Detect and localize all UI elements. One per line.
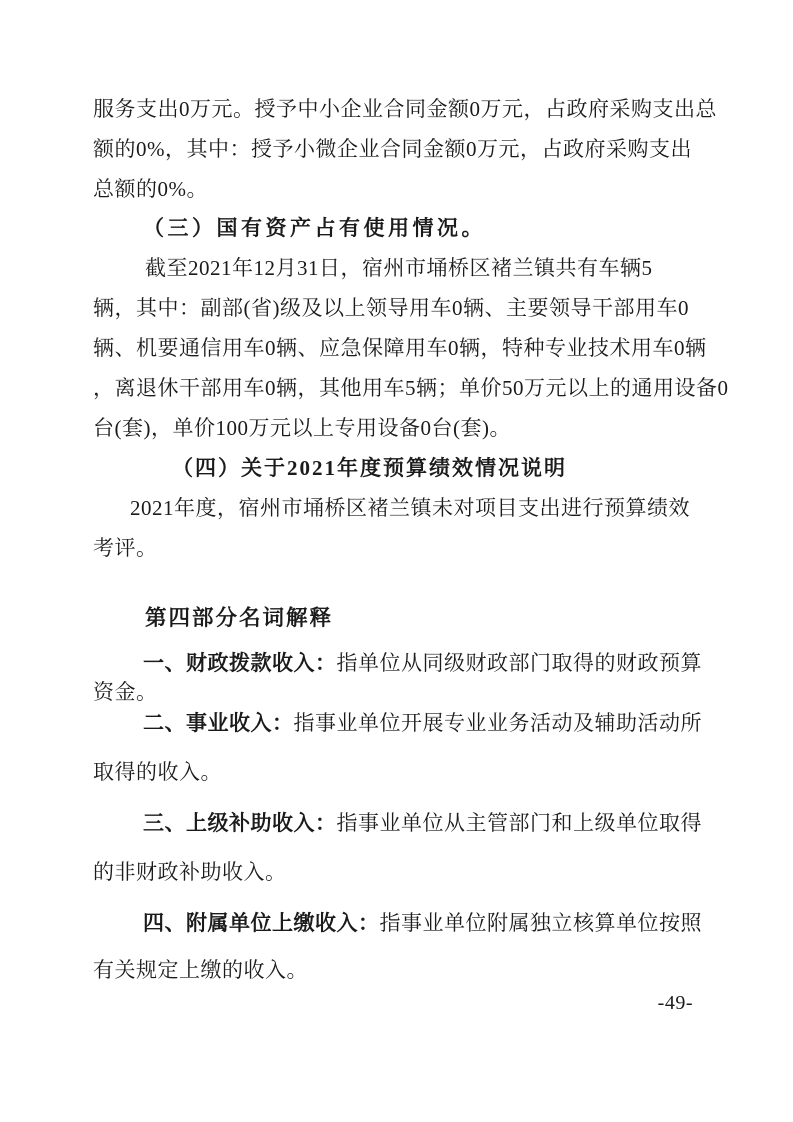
glossary-title: 第四部分名词解释 xyxy=(93,603,718,633)
text-line: 四、附属单位上缴收入：指事业单位附属独立核算单位按照 xyxy=(93,900,718,947)
section3-heading-block: （三）国有资产占有使用情况。 xyxy=(93,208,718,248)
text-line: 一、财政拨款收入：指单位从同级财政部门取得的财政预算 xyxy=(93,649,718,678)
glossary-term-2: 二、事业收入：指事业单位开展专业业务活动及辅助活动所 取得的收入。 xyxy=(93,699,718,796)
text-line: 台(套)，单价100万元以上专用设备0台(套)。 xyxy=(93,408,718,448)
text-line: 总额的0%。 xyxy=(93,169,718,209)
text-line: ，离退休干部用车0辆，其他用车5辆；单价50万元以上的通用设备0 xyxy=(93,368,718,408)
text-line: 额的0%，其中：授予小微企业合同金额0万元，占政府采购支出 xyxy=(93,129,718,169)
glossary-term-1: 一、财政拨款收入：指单位从同级财政部门取得的财政预算 资金。 xyxy=(93,649,718,706)
procurement-paragraph: 服务支出0万元。授予中小企业合同金额0万元，占政府采购支出总 额的0%，其中：授… xyxy=(93,89,718,209)
text-line: 截至2021年12月31日，宿州市埇桥区褚兰镇共有车辆5 xyxy=(93,248,718,288)
text-line: 取得的收入。 xyxy=(93,748,718,796)
text-line: 有关规定上缴的收入。 xyxy=(93,947,718,993)
term3-lead: 三、上级补助收入： xyxy=(143,812,337,835)
glossary-title-block: 第四部分名词解释 xyxy=(93,603,718,633)
state-assets-paragraph: 截至2021年12月31日，宿州市埇桥区褚兰镇共有车辆5 辆，其中：副部(省)级… xyxy=(93,248,718,448)
term4-definition: 指事业单位附属独立核算单位按照 xyxy=(380,911,703,935)
page-number: -49- xyxy=(658,990,693,1016)
performance-paragraph: 2021年度，宿州市埇桥区褚兰镇未对项目支出进行预算绩效 考评。 xyxy=(93,488,718,568)
text-line: 2021年度，宿州市埇桥区褚兰镇未对项目支出进行预算绩效 xyxy=(93,488,718,528)
term2-definition: 指事业单位开展专业业务活动及辅助活动所 xyxy=(294,711,703,735)
text-line: 服务支出0万元。授予中小企业合同金额0万元，占政府采购支出总 xyxy=(93,89,718,129)
glossary-term-4: 四、附属单位上缴收入：指事业单位附属独立核算单位按照 有关规定上缴的收入。 xyxy=(93,900,718,993)
document-page: 服务支出0万元。授予中小企业合同金额0万元，占政府采购支出总 额的0%，其中：授… xyxy=(0,0,793,1122)
section3-heading: （三）国有资产占有使用情况。 xyxy=(93,208,718,248)
term1-definition: 指单位从同级财政部门取得的财政预算 xyxy=(337,651,703,675)
text-line: 三、上级补助收入：指事业单位从主管部门和上级单位取得 xyxy=(93,799,718,848)
section4-heading: （四）关于2021年度预算绩效情况说明 xyxy=(93,448,718,488)
text-line: 的非财政补助收入。 xyxy=(93,848,718,896)
glossary-term-3: 三、上级补助收入：指事业单位从主管部门和上级单位取得 的非财政补助收入。 xyxy=(93,799,718,896)
term1-lead: 一、财政拨款收入： xyxy=(143,652,337,675)
term3-definition: 指事业单位从主管部门和上级单位取得 xyxy=(337,811,703,835)
text-line: 辆、机要通信用车0辆、应急保障用车0辆，特种专业技术用车0辆 xyxy=(93,328,718,368)
text-line: 考评。 xyxy=(93,528,718,568)
text-line: 辆，其中：副部(省)级及以上领导用车0辆、主要领导干部用车0 xyxy=(93,288,718,328)
term4-lead: 四、附属单位上缴收入： xyxy=(143,912,380,935)
term2-lead: 二、事业收入： xyxy=(143,712,294,735)
text-line: 二、事业收入：指事业单位开展专业业务活动及辅助活动所 xyxy=(93,699,718,748)
section4-heading-block: （四）关于2021年度预算绩效情况说明 xyxy=(93,448,718,488)
